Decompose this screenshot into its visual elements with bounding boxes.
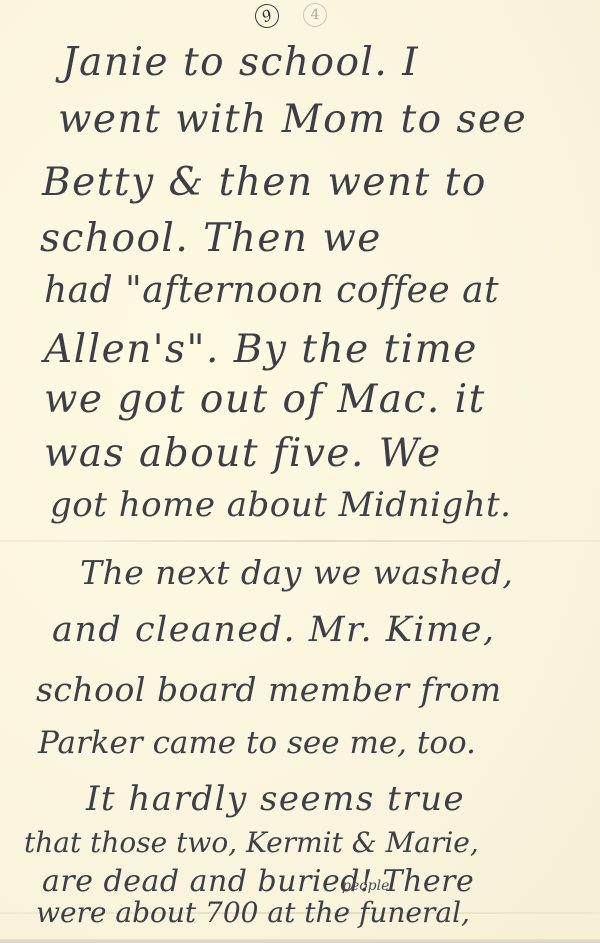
letter-line: Allen's". By the time (44, 327, 478, 372)
letter-line: Parker came to see me, too. (38, 725, 476, 761)
secondary-page-mark: 4 (303, 3, 327, 27)
letter-line: The next day we washed, (80, 553, 513, 592)
letter-line: that those two, Kermit & Marie, (24, 826, 479, 859)
letter-line: and cleaned. Mr. Kime, (52, 610, 496, 650)
page-edge (0, 939, 600, 943)
paper-fold-line (0, 540, 600, 542)
page-number: 9 (251, 0, 283, 32)
letter-line: It hardly seems true (86, 779, 465, 819)
letter-line: were about 700 at the funeral, (36, 896, 470, 929)
letter-line: had "afternoon coffee at (44, 270, 499, 311)
interlinear-insert: people (342, 878, 389, 894)
letter-line: got home about Midnight. (50, 485, 511, 525)
letter-line: we got out of Mac. it (44, 377, 486, 422)
letter-line: went with Mom to see (58, 97, 527, 142)
letter-line: was about five. We (44, 431, 442, 476)
letter-line: are dead and buried! There (42, 864, 474, 899)
letter-page: 9 4 Janie to school. I went with Mom to … (0, 0, 600, 943)
letter-line: school. Then we (40, 216, 382, 261)
letter-line: Janie to school. I (62, 40, 419, 85)
letter-line: Betty & then went to (42, 160, 487, 205)
letter-line: school board member from (36, 670, 502, 709)
